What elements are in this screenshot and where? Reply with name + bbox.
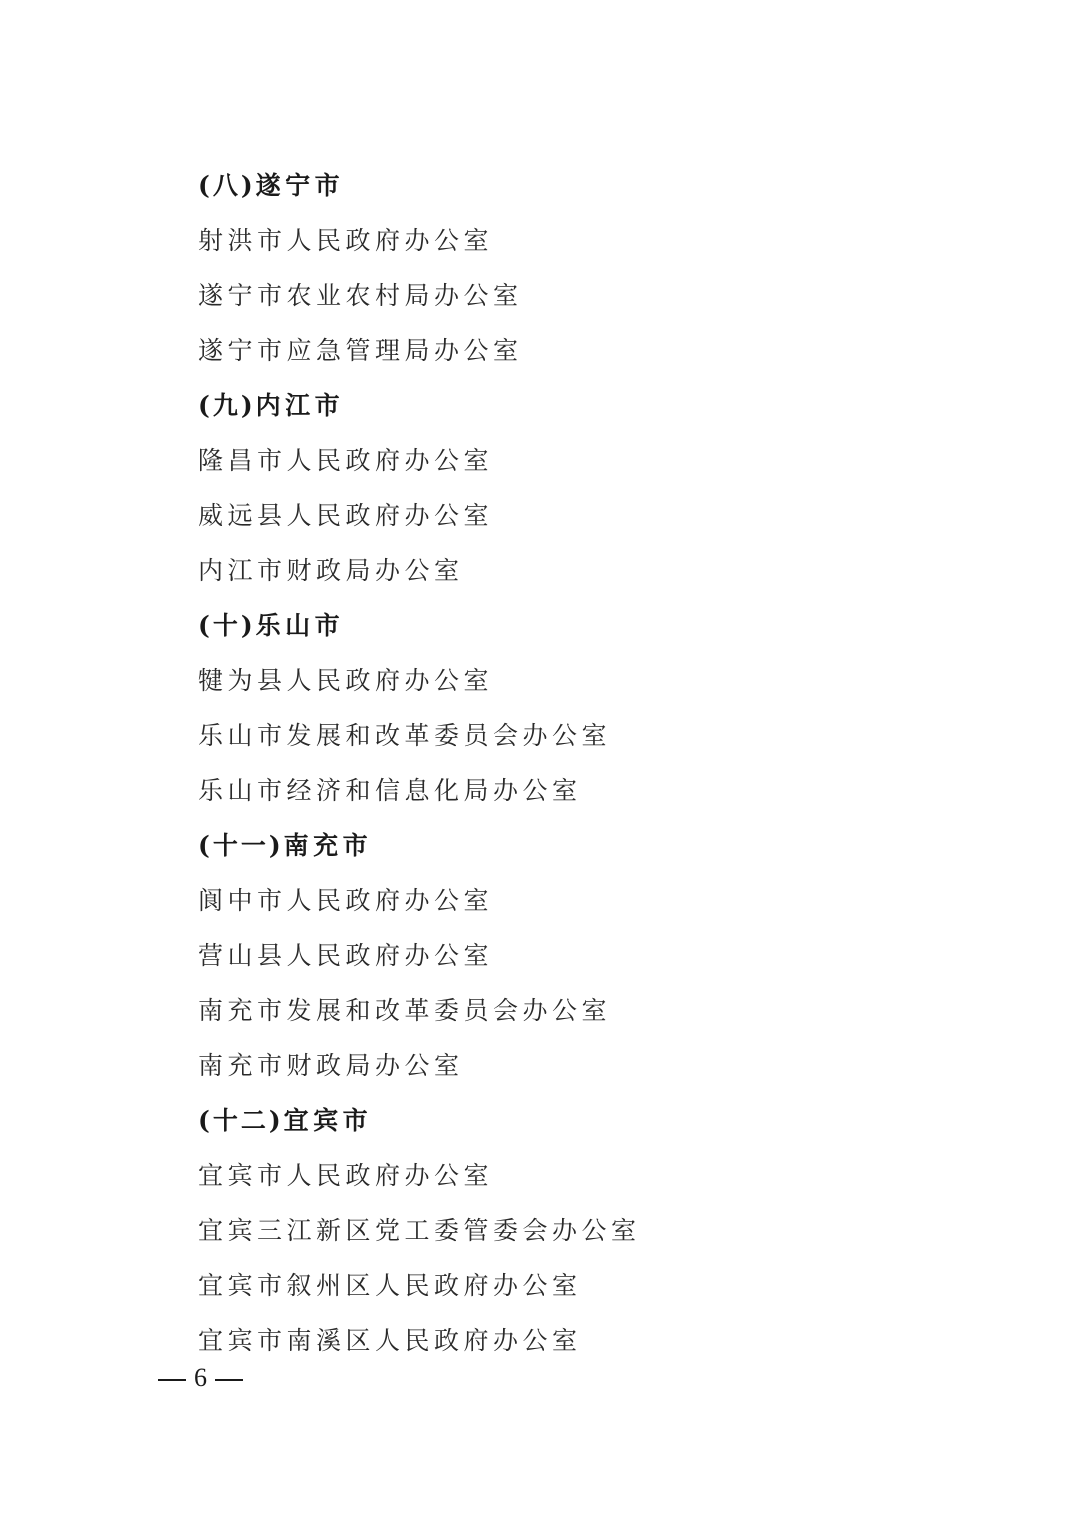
section-number: (九) — [198, 391, 256, 420]
section-city: 内江市 — [256, 391, 345, 420]
dash-left — [158, 1379, 186, 1381]
dash-right — [215, 1379, 243, 1381]
section-heading-nanchong: (十一)南充市 — [198, 826, 898, 881]
list-item: 乐山市经济和信息化局办公室 — [198, 771, 898, 826]
list-item: 阆中市人民政府办公室 — [198, 881, 898, 936]
section-number: (八) — [198, 171, 256, 200]
section-number: (十二) — [198, 1106, 284, 1135]
list-item: 威远县人民政府办公室 — [198, 496, 898, 551]
section-city: 遂宁市 — [256, 171, 345, 200]
list-item: 射洪市人民政府办公室 — [198, 221, 898, 276]
list-item: 宜宾市人民政府办公室 — [198, 1156, 898, 1211]
list-item: 南充市发展和改革委员会办公室 — [198, 991, 898, 1046]
list-item: 内江市财政局办公室 — [198, 551, 898, 606]
list-item: 隆昌市人民政府办公室 — [198, 441, 898, 496]
list-item: 营山县人民政府办公室 — [198, 936, 898, 991]
page-number-value: 6 — [194, 1363, 207, 1392]
list-item: 犍为县人民政府办公室 — [198, 661, 898, 716]
list-item: 宜宾三江新区党工委管委会办公室 — [198, 1211, 898, 1266]
list-item: 乐山市发展和改革委员会办公室 — [198, 716, 898, 771]
section-heading-yibin: (十二)宜宾市 — [198, 1101, 898, 1156]
section-city: 宜宾市 — [284, 1106, 373, 1135]
section-city: 南充市 — [284, 831, 373, 860]
unit-list: (八)遂宁市 射洪市人民政府办公室 遂宁市农业农村局办公室 遂宁市应急管理局办公… — [198, 166, 898, 1376]
list-item: 遂宁市应急管理局办公室 — [198, 331, 898, 386]
section-number: (十一) — [198, 831, 284, 860]
section-city: 乐山市 — [256, 611, 345, 640]
list-item: 宜宾市南溪区人民政府办公室 — [198, 1321, 898, 1376]
section-heading-neijiang: (九)内江市 — [198, 386, 898, 441]
section-number: (十) — [198, 611, 256, 640]
list-item: 南充市财政局办公室 — [198, 1046, 898, 1101]
section-heading-suining: (八)遂宁市 — [198, 166, 898, 221]
list-item: 遂宁市农业农村局办公室 — [198, 276, 898, 331]
section-heading-leshan: (十)乐山市 — [198, 606, 898, 661]
list-item: 宜宾市叙州区人民政府办公室 — [198, 1266, 898, 1321]
document-page: (八)遂宁市 射洪市人民政府办公室 遂宁市农业农村局办公室 遂宁市应急管理局办公… — [0, 0, 1080, 1527]
page-number: 6 — [150, 1360, 251, 1396]
